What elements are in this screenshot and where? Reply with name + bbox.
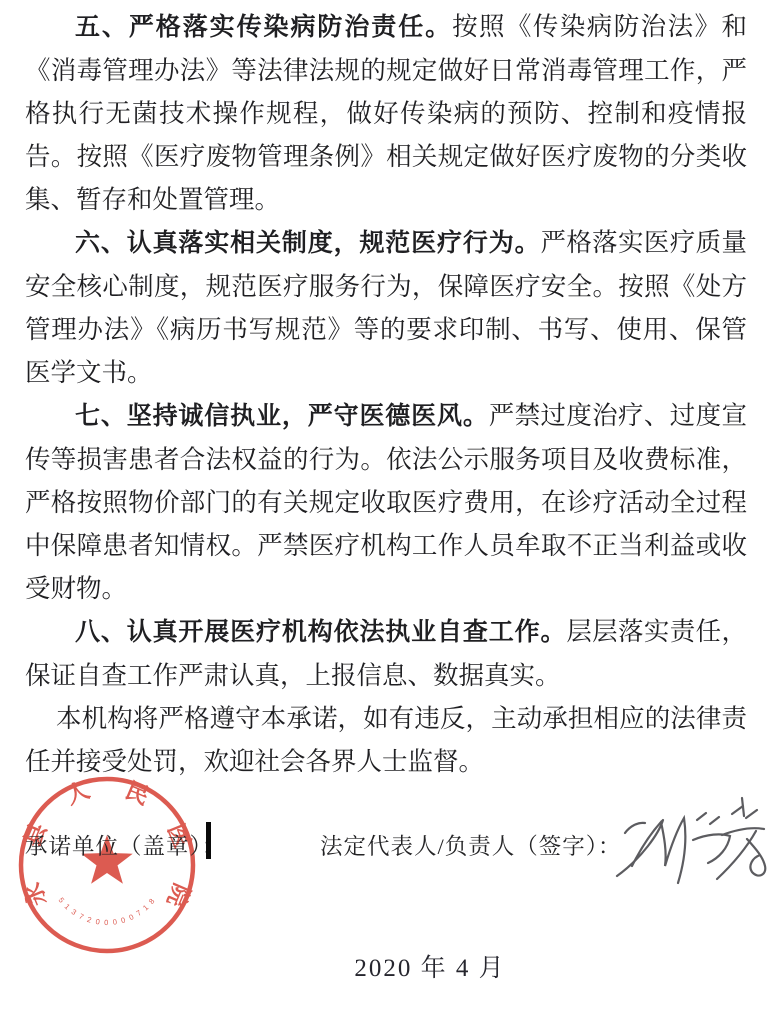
- document-body: 五、严格落实传染病防治责任。按照《传染病防治法》和《消毒管理办法》等法律法规的规…: [25, 5, 747, 783]
- seal-code-text: 5137200000718: [57, 896, 157, 927]
- paragraph: 七、坚持诚信执业，严守医德医风。严禁过度治疗、过度宣传等损害患者合法权益的行为。…: [25, 394, 747, 610]
- paragraph-lead: 五、严格落实传染病防治责任。: [75, 13, 452, 41]
- paragraph-lead: 六、认真落实相关制度，规范医疗行为。: [75, 229, 540, 257]
- official-seal-stamp: 永县人民医院 5137200000718: [12, 770, 202, 960]
- handwritten-signature: [597, 778, 771, 918]
- document-page: 五、严格落实传染病防治责任。按照《传染病防治法》和《消毒管理办法》等法律法规的规…: [0, 0, 771, 1016]
- paragraph: 八、认真开展医疗机构依法执业自查工作。层层落实责任，保证自查工作严肃认真，上报信…: [25, 610, 747, 697]
- paragraph-text: 严禁过度治疗、过度宣传等损害患者合法权益的行为。依法公示服务项目及收费标准，严格…: [25, 401, 747, 603]
- paragraph: 五、严格落实传染病防治责任。按照《传染病防治法》和《消毒管理办法》等法律法规的规…: [25, 5, 747, 221]
- paragraph-text: 本机构将严格遵守本承诺，如有违反，主动承担相应的法律责任并接受处罚，欢迎社会各界…: [25, 704, 747, 776]
- paragraph-lead: 七、坚持诚信执业，严守医德医风。: [75, 402, 489, 430]
- svg-text:5137200000718: 5137200000718: [57, 896, 157, 927]
- text-cursor: [206, 822, 211, 859]
- paragraph-text: 按照《传染病防治法》和《消毒管理办法》等法律法规的规定做好日常消毒管理工作，严格…: [25, 12, 747, 214]
- unit-seal-label: 承诺单位（盖章）：: [25, 829, 225, 861]
- representative-signature-label: 法定代表人/负责人（签字）：: [320, 829, 622, 861]
- paragraph: 六、认真落实相关制度，规范医疗行为。严格落实医疗质量安全核心制度，规范医疗服务行…: [25, 221, 747, 394]
- paragraph-lead: 八、认真开展医疗机构依法执业自查工作。: [75, 618, 566, 646]
